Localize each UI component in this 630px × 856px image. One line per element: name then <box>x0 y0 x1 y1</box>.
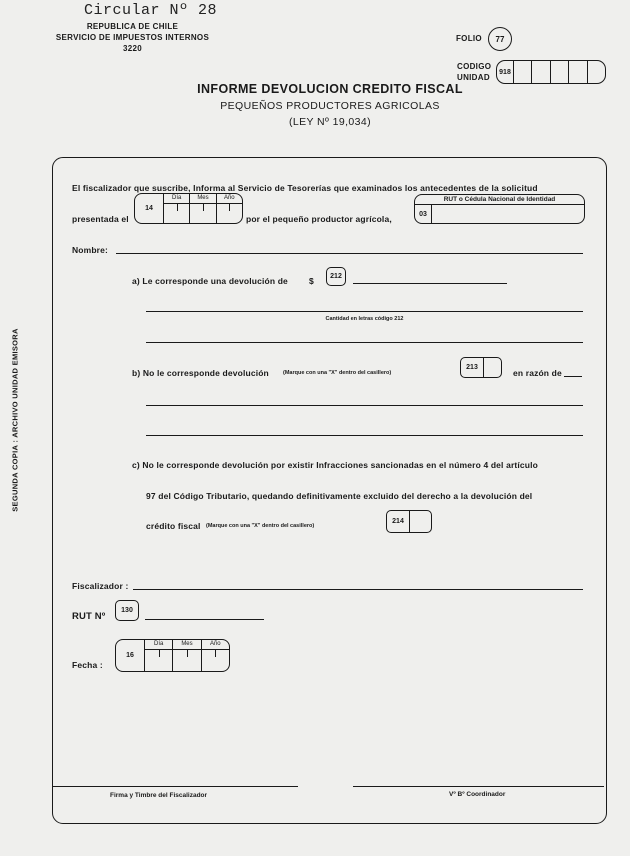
rut-productor-field[interactable]: RUT o Cédula Nacional de Identidad 03 <box>414 194 585 224</box>
form-title: INFORME DEVOLUCION CREDITO FISCAL <box>180 82 480 96</box>
signature-coordinador-label: Vº Bº Coordinador <box>449 791 505 798</box>
codigo-cell[interactable] <box>514 61 532 83</box>
checkbox-214-mark[interactable] <box>410 511 431 532</box>
option-c-line1: c) No le corresponde devolución por exis… <box>132 460 538 470</box>
day-header: Día <box>164 194 189 204</box>
reason-line-2[interactable] <box>146 435 583 436</box>
amount-words-caption: Cantidad en letras código 212 <box>146 316 583 322</box>
law-reference: (LEY Nº 19,034) <box>180 116 480 128</box>
fiscalizador-line[interactable] <box>133 589 583 590</box>
year-header: Año <box>217 194 242 204</box>
year-input[interactable] <box>217 204 242 223</box>
day-input[interactable] <box>164 204 189 223</box>
code-213: 213 <box>461 358 484 377</box>
month-input[interactable] <box>190 204 215 223</box>
presentada-date-code: 14 <box>135 194 164 223</box>
checkbox-213[interactable]: 213 <box>460 357 502 378</box>
folio-value: 77 <box>488 27 512 51</box>
code-130-box: 130 <box>115 600 139 621</box>
checkbox-214[interactable]: 214 <box>386 510 432 533</box>
form-number: 3220 <box>40 44 225 53</box>
signature-line-coordinador[interactable] <box>353 786 604 787</box>
checkbox-213-mark[interactable] <box>484 358 501 377</box>
month-input[interactable] <box>173 650 200 671</box>
rut-code: 03 <box>415 205 432 223</box>
year-input[interactable] <box>202 650 229 671</box>
option-b-suffix: en razón de <box>513 368 562 378</box>
unidad-label: UNIDAD <box>457 73 490 82</box>
codigo-cell[interactable] <box>551 61 569 83</box>
day-input[interactable] <box>145 650 172 671</box>
codigo-unidad-field[interactable]: 918 <box>496 60 606 84</box>
option-b-instruction: (Marque con una "X" dentro del casillero… <box>283 370 391 376</box>
rut-header: RUT o Cédula Nacional de Identidad <box>415 195 584 205</box>
reason-line-inline[interactable] <box>564 376 582 377</box>
codigo-cell[interactable] <box>532 61 550 83</box>
month-header: Mes <box>190 194 215 204</box>
codigo-cell[interactable] <box>569 61 587 83</box>
month-header: Mes <box>173 640 200 650</box>
nombre-label: Nombre: <box>72 245 108 255</box>
option-c-instruction: (Marque con una "X" dentro del casillero… <box>206 523 314 529</box>
nombre-line[interactable] <box>116 253 583 254</box>
agency-name: SERVICIO DE IMPUESTOS INTERNOS <box>40 33 225 42</box>
presentada-label: presentada el <box>72 214 129 224</box>
productor-text: por el pequeño productor agrícola, <box>246 214 392 224</box>
rut-label: RUT Nº <box>72 611 105 622</box>
agency-country: REPUBLICA DE CHILE <box>40 22 225 31</box>
day-header: Día <box>145 640 172 650</box>
option-c-line3: crédito fiscal <box>146 521 201 531</box>
amount-line[interactable] <box>353 283 507 284</box>
rut-input[interactable] <box>432 205 584 223</box>
presentada-date-field[interactable]: 14 Día Mes Año <box>134 193 243 224</box>
code-214: 214 <box>387 511 410 532</box>
fecha-date-field[interactable]: 16 Día Mes Año <box>115 639 230 672</box>
codigo-cell[interactable] <box>588 61 605 83</box>
codigo-label: CODIGO <box>457 62 491 71</box>
fecha-label: Fecha : <box>72 660 103 670</box>
fecha-date-code: 16 <box>116 640 145 671</box>
circular-number: Circular Nº 28 <box>84 2 217 19</box>
signature-fiscalizador-label: Firma y Timbre del Fiscalizador <box>110 792 207 799</box>
amount-words-line-2[interactable] <box>146 342 583 343</box>
code-212-box: 212 <box>326 267 346 286</box>
fiscalizador-label: Fiscalizador : <box>72 581 128 591</box>
codigo-unidad-code: 918 <box>497 61 514 83</box>
intro-text: El fiscalizador que suscribe, Informa al… <box>72 183 538 193</box>
option-b-text: b) No le corresponde devolución <box>132 368 269 378</box>
rut-fiscalizador-line[interactable] <box>145 619 264 620</box>
amount-words-line[interactable] <box>146 311 583 312</box>
year-header: Año <box>202 640 229 650</box>
folio-label: FOLIO <box>456 34 482 43</box>
signature-line-fiscalizador[interactable] <box>53 786 298 787</box>
currency-symbol: $ <box>309 276 314 286</box>
form-subtitle: PEQUEÑOS PRODUCTORES AGRICOLAS <box>180 100 480 112</box>
option-c-line2: 97 del Código Tributario, quedando defin… <box>146 491 532 501</box>
copy-note-text: SEGUNDA COPIA : ARCHIVO UNIDAD EMISORA <box>11 328 20 512</box>
copy-note: SEGUNDA COPIA : ARCHIVO UNIDAD EMISORA <box>1 300 29 540</box>
option-a-text: a) Le corresponde una devolución de <box>132 276 288 286</box>
reason-line-1[interactable] <box>146 405 583 406</box>
